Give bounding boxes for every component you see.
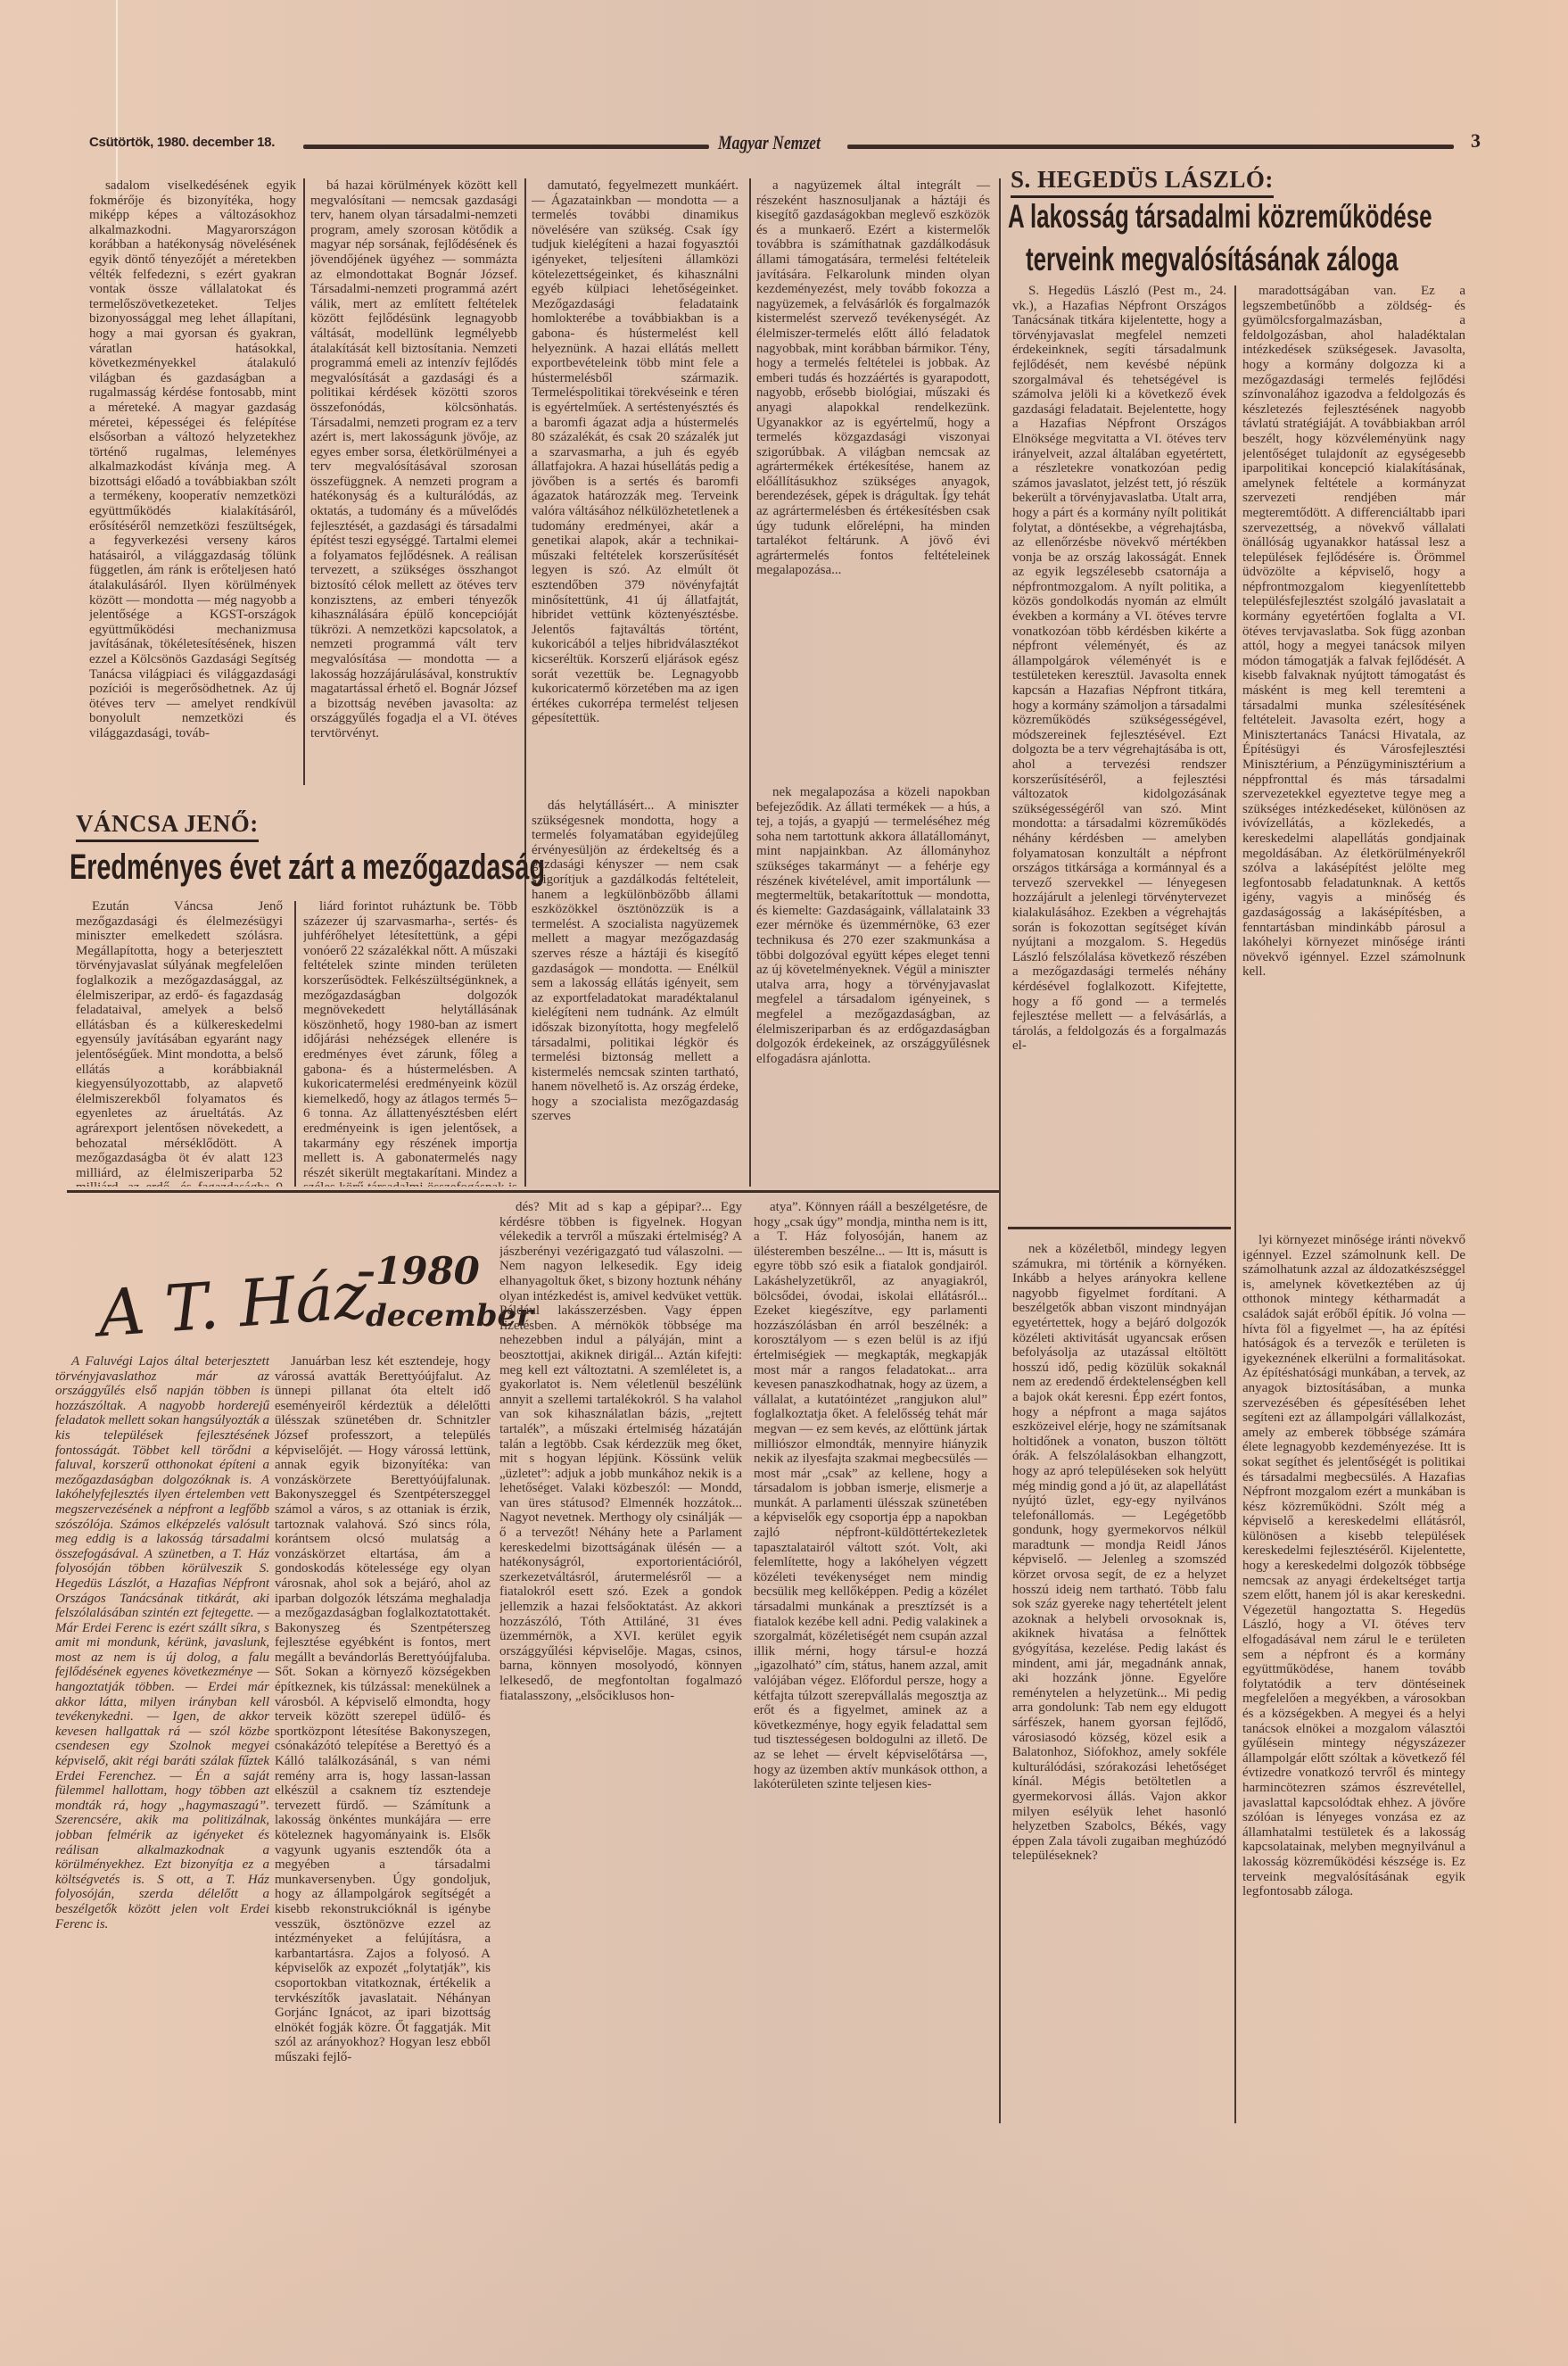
- hegedus-col-1: S. Hegedüs László (Pest m., 24. vk.), a …: [1012, 284, 1226, 1225]
- section-divider: [67, 1190, 999, 1193]
- byline-hegedus: S. HEGEDÜS LÁSZLÓ:: [1011, 166, 1274, 198]
- top-article-col-3: damutató, fegyelmezett munkáért. — Ágaza…: [532, 178, 739, 785]
- paragraph: S. Hegedüs László (Pest m., 24. vk.), a …: [1012, 284, 1226, 1054]
- issue-date: Csütörtök, 1980. december 18.: [89, 135, 275, 150]
- handwritten-title: A T. Ház: [95, 1258, 369, 1352]
- masthead: Csütörtök, 1980. december 18. Magyar Nem…: [89, 131, 1481, 156]
- vancsa-col-2: liárd forintot ruháztunk be. Több százez…: [303, 899, 517, 1187]
- masthead-rule-right: [847, 145, 1454, 149]
- paragraph: damutató, fegyelmezett munkáért. — Ágaza…: [532, 178, 739, 726]
- page-number: 3: [1471, 129, 1481, 153]
- thaz-col-4: atya”. Könnyen rááll a beszélgetésre, de…: [754, 1200, 987, 2123]
- vancsa-col-4: nek megalapozása a közeli napokban befej…: [756, 785, 990, 1187]
- column-rule: [294, 901, 296, 1187]
- headline-hegedus-line1: A lakosság társadalmi közreműködése: [1008, 198, 1432, 236]
- headline-vancsa: Eredményes évet zárt a mezőgazdaság: [70, 848, 545, 888]
- thaz-col-1: A Faluvégi Lajos által beterjesztett tör…: [55, 1354, 269, 2122]
- top-article-col-2: bá hazai körülmények között kell megvaló…: [310, 178, 517, 785]
- paragraph: a nagyüzemek által integrált — részeként…: [756, 178, 990, 578]
- paragraph: nek megalapozása a közeli napokban befej…: [756, 785, 990, 1066]
- paragraph: sadalom viselkedésének egyik fokmérője é…: [89, 178, 296, 741]
- paragraph: liárd forintot ruháztunk be. Több százez…: [303, 899, 517, 1187]
- newspaper-title: Magyar Nemzet: [718, 131, 821, 154]
- vancsa-col-3: dás helytállásért... A miniszter szükség…: [532, 798, 739, 1187]
- top-article-col-4: a nagyüzemek által integrált — részeként…: [756, 178, 990, 785]
- headline-hegedus-line2: terveink megvalósításának záloga: [1026, 241, 1398, 278]
- paragraph: nek a közéletből, mindegy legyen számukr…: [1012, 1242, 1226, 1864]
- section-divider: [1008, 1227, 1231, 1229]
- column-rule: [524, 178, 526, 1187]
- hegedus-col-3: lyi környezet minősége iránti növekvő ig…: [1242, 1233, 1465, 2123]
- page-bottom-margin: [0, 2123, 1568, 2366]
- paragraph: A Faluvégi Lajos által beterjesztett tör…: [55, 1354, 269, 1932]
- paragraph: dás helytállásért... A miniszter szükség…: [532, 798, 739, 1124]
- thaz-col-5: nek a közéletből, mindegy legyen számukr…: [1012, 1242, 1226, 2123]
- paragraph: dés? Mit ad s kap a gépipar?... Egy kérd…: [499, 1200, 742, 1703]
- thaz-col-3: dés? Mit ad s kap a gépipar?... Egy kérd…: [499, 1200, 742, 2123]
- top-article-col-1: sadalom viselkedésének egyik fokmérője é…: [89, 178, 296, 785]
- paragraph: Ezután Váncsa Jenő mezőgazdasági és élel…: [76, 899, 283, 1187]
- paragraph: atya”. Könnyen rááll a beszélgetésre, de…: [754, 1200, 987, 1792]
- column-rule: [1234, 285, 1236, 2123]
- column-rule: [999, 178, 1001, 2123]
- column-rule: [303, 178, 305, 785]
- hegedus-col-2: maradottságában van. Ez a legszembetűnőb…: [1242, 284, 1465, 1231]
- newspaper-page: Csütörtök, 1980. december 18. Magyar Nem…: [0, 0, 1568, 2366]
- vancsa-col-1: Ezután Váncsa Jenő mezőgazdasági és élel…: [76, 899, 283, 1187]
- column-rule: [749, 178, 751, 1187]
- byline-vancsa: VÁNCSA JENŐ:: [76, 810, 259, 842]
- paragraph: maradottságában van. Ez a legszembetűnőb…: [1242, 284, 1465, 980]
- thaz-col-2: Januárban lesz két esztendeje, hogy váro…: [275, 1354, 491, 2122]
- masthead-rule-left: [303, 145, 709, 149]
- paragraph: bá hazai körülmények között kell megvaló…: [310, 178, 517, 741]
- handwritten-year: –1980: [357, 1249, 480, 1293]
- paragraph: Januárban lesz két esztendeje, hogy váro…: [275, 1354, 491, 2065]
- paragraph: lyi környezet minősége iránti növekvő ig…: [1242, 1233, 1465, 1899]
